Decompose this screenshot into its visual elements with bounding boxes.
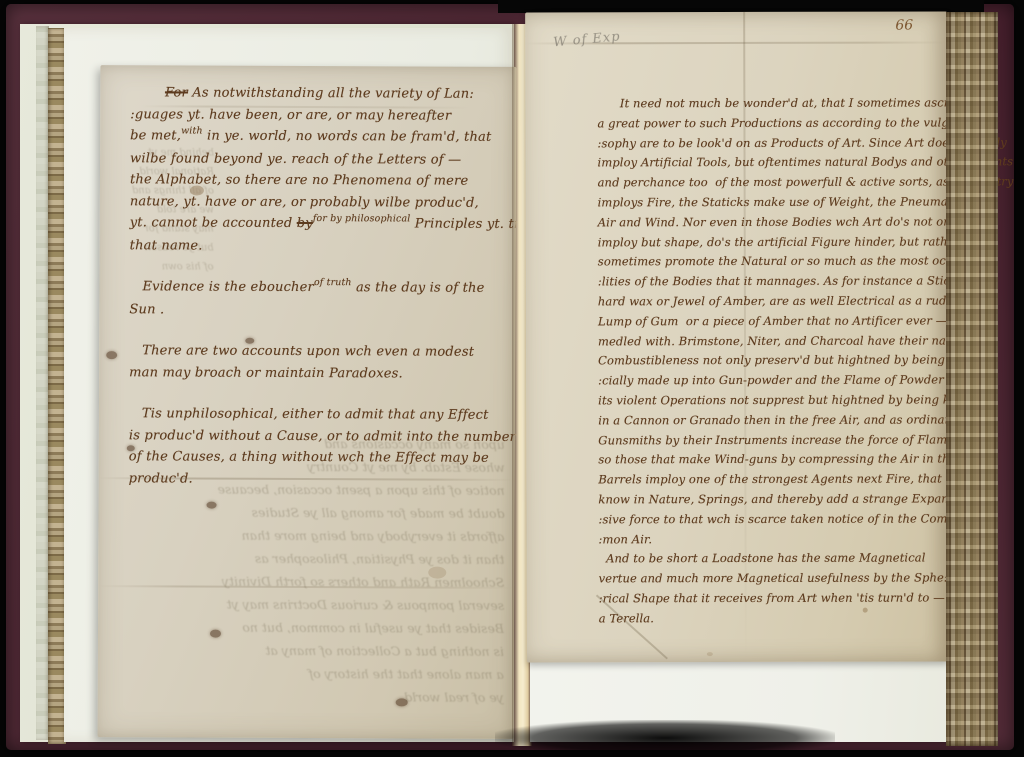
ink-blot [245, 338, 254, 344]
ink-blot [127, 445, 135, 451]
left-page-handwriting: For As notwithstanding all the variety o… [129, 82, 507, 511]
right-manuscript-page: 66 W of Exp It need not much be wonder'd… [525, 11, 949, 662]
right-deckle-edge [946, 12, 998, 746]
photograph-stage: upon so many occasions andwhose Estab. b… [0, 0, 1024, 757]
ink-blot [207, 502, 217, 509]
ink-blot [106, 351, 117, 359]
gutter-shadow [495, 720, 835, 750]
foxing-stain [707, 652, 713, 656]
ink-blot [396, 698, 408, 706]
foxing-stain [428, 567, 446, 579]
right-page-handwriting: It need not much be wonder'd at, that I … [597, 93, 950, 628]
left-manuscript-page: upon so many occasions andwhose Estab. b… [98, 65, 517, 739]
ink-dot [863, 608, 868, 613]
page-number: 66 [895, 18, 913, 34]
ink-blot [210, 630, 221, 638]
foxing-stain [190, 185, 204, 195]
pencil-annotation: W of Exp [553, 29, 621, 50]
